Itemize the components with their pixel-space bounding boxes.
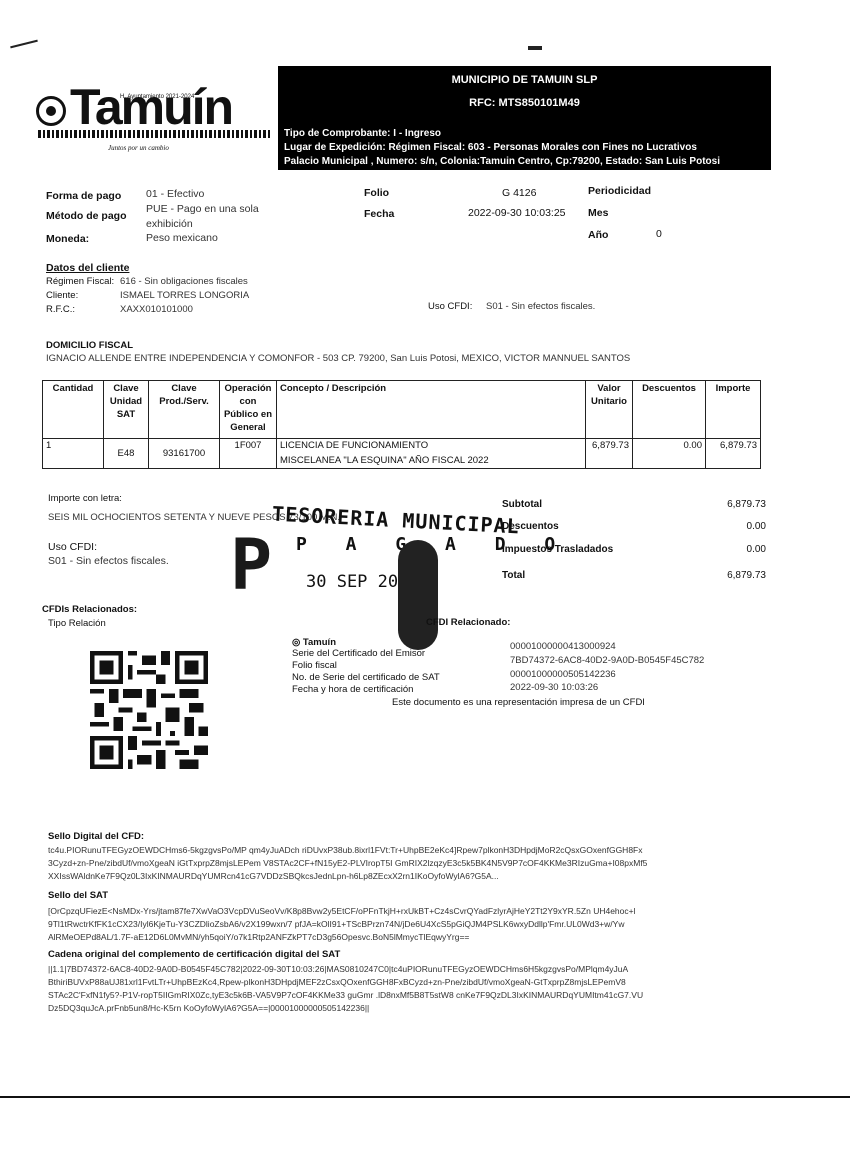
uso-cfdi-label: Uso CFDI:	[48, 541, 97, 553]
serie-sat-value: 00001000000505142236	[510, 669, 616, 680]
metodo-pago-value: PUE - Pago en una sola	[146, 203, 259, 215]
scan-artifact	[10, 40, 38, 49]
sello-cfd-label: Sello Digital del CFD:	[48, 830, 778, 843]
descripcion-line-2: MISCELANEA "LA ESQUINA" AÑO FISCAL 2022	[280, 455, 582, 466]
cell-clave-prod: 93161700	[149, 439, 220, 469]
stamp-big-o	[398, 540, 438, 650]
folio-label: Folio	[364, 187, 389, 199]
logo-wordmark: Tamuín	[70, 78, 232, 136]
cell-descuentos: 0.00	[633, 439, 706, 469]
anio-value: 0	[656, 228, 662, 240]
stamp-title: TESORERIA MUNICIPAL	[272, 502, 521, 539]
client-uso-cfdi-label: Uso CFDI:	[428, 301, 472, 312]
col-clave-unidad: Clave Unidad SAT	[104, 381, 149, 439]
client-section-label: Datos del cliente	[46, 262, 129, 274]
sello-sat-line: [OrCpzqUFiezE<NsMDx-Yrs/jtam87fe7XwVaO3V…	[48, 905, 778, 918]
cell-clave-unidad: E48	[104, 439, 149, 469]
client-rfc-label: R.F.C.:	[46, 304, 75, 315]
cfdi-note: Este documento es una representación imp…	[392, 697, 645, 708]
col-valor-unitario: Valor Unitario	[586, 381, 633, 439]
sello-sat-line: 9Tl1tRwctrKfFK1cCX23/Iyl6KjeTu-Y3CZDlioZ…	[48, 918, 778, 931]
client-rfc-value: XAXX010101000	[120, 304, 193, 315]
moneda-value: Peso mexicano	[146, 232, 218, 244]
qr-code	[90, 648, 208, 772]
anio-label: Año	[588, 229, 608, 241]
cell-cantidad: 1	[43, 439, 104, 469]
sello-cfd-line: tc4u.PIORunuTFEGyzOEWDCHms6-5kgzgvsPo/MP…	[48, 844, 778, 857]
cell-descripcion: LICENCIA DE FUNCIONAMIENTO MISCELANEA "L…	[277, 439, 586, 469]
issuer-name: MUNICIPIO DE TAMUIN SLP	[278, 74, 771, 86]
folio-value: G 4126	[502, 187, 536, 199]
issuer-rfc: RFC: MTS850101M49	[278, 97, 771, 109]
subtotal-value: 6,879.73	[727, 499, 766, 510]
sello-sat-label: Sello del SAT	[48, 889, 778, 902]
col-operacion: Operación con Público en General	[220, 381, 277, 439]
cadena-original-line: STAc2C'FxfN1fy5?-P1V-ropT5IIGmRIX0Zc,tyE…	[48, 989, 778, 1002]
tipo-relacion-label: Tipo Relación	[48, 618, 106, 629]
fecha-cert-label: Fecha y hora de certificación	[292, 684, 413, 695]
client-regimen-value: 616 - Sin obligaciones fiscales	[120, 276, 248, 287]
cadena-original-line: BthiriBUVxP88aUJ81xrl1FvtLTr+UhpBEzKc4,R…	[48, 976, 778, 989]
table-row: 1 E48 93161700 1F007 LICENCIA DE FUNCION…	[43, 439, 761, 469]
items-table: Cantidad Clave Unidad SAT Clave Prod./Se…	[42, 380, 761, 469]
logo-slogan: Juntos por un cambio	[108, 144, 169, 152]
metodo-pago-label: Método de pago	[46, 210, 127, 222]
serie-sat-label: No. de Serie del certificado de SAT	[292, 672, 440, 683]
descripcion-line-1: LICENCIA DE FUNCIONAMIENTO	[280, 440, 582, 451]
client-name-value: ISMAEL TORRES LONGORIA	[120, 290, 249, 301]
cadena-original-line: Dz5DQ3quJcA.prFnb5un8/Hc-K5rn KoOyfoWylA…	[48, 1002, 778, 1015]
tipo-comprobante: Tipo de Comprobante: I - Ingreso	[284, 128, 441, 139]
emblem-icon	[36, 96, 66, 126]
mes-label: Mes	[588, 207, 608, 219]
col-descuentos: Descuentos	[633, 381, 706, 439]
issuer-header: MUNICIPIO DE TAMUIN SLP RFC: MTS850101M4…	[278, 66, 771, 170]
cadena-original-line: ||1.1|7BD74372-6AC8-40D2-9A0D-B0545F45C7…	[48, 963, 778, 976]
cfdi-relacionado-label: CFDI Relacionado:	[426, 617, 510, 628]
periodicidad-label: Periodicidad	[588, 185, 651, 197]
sello-cfd-line: XXIssWAldnKe7F9Qz0L3IxKINMAURDqYUMRcn41c…	[48, 870, 778, 883]
col-importe: Importe	[706, 381, 761, 439]
folio-fiscal-value: 7BD74372-6AC8-40D2-9A0D-B0545F45C782	[510, 655, 704, 666]
issuer-address: Palacio Municipal , Numero: s/n, Colonia…	[284, 156, 720, 167]
cell-importe: 6,879.73	[706, 439, 761, 469]
serie-emisor-value: 00001000000413000924	[510, 641, 616, 652]
fecha-label: Fecha	[364, 208, 394, 220]
issuer-logo: H. Ayuntamiento 2021-2024 Tamuín Juntos …	[36, 84, 272, 164]
col-cantidad: Cantidad	[43, 381, 104, 439]
client-regimen-label: Régimen Fiscal:	[46, 276, 114, 287]
subtotal-label: Subtotal	[502, 499, 542, 510]
col-descripcion: Concepto / Descripción	[277, 381, 586, 439]
forma-pago-label: Forma de pago	[46, 190, 121, 202]
cadena-original-label: Cadena original del complemento de certi…	[48, 948, 778, 961]
lugar-expedicion: Lugar de Expedición: Régimen Fiscal: 603…	[284, 142, 697, 153]
descuentos-value: 0.00	[747, 521, 766, 532]
metodo-pago-value-cont: exhibición	[146, 218, 193, 230]
cell-valor-unitario: 6,879.73	[586, 439, 633, 469]
client-uso-cfdi-value: S01 - Sin efectos fiscales.	[486, 301, 595, 312]
scan-artifact	[528, 46, 542, 50]
sello-cfd-line: 3Cyzd+zn-Pne/zibdUf/vmoXgeaN iGtTxprpZ8m…	[48, 857, 778, 870]
client-name-label: Cliente:	[46, 290, 78, 301]
stamp-big-p: P	[230, 530, 272, 600]
moneda-label: Moneda:	[46, 233, 89, 245]
logo-pattern-band	[38, 130, 270, 138]
fecha-cert-value: 2022-09-30 10:03:26	[510, 682, 598, 693]
scan-edge-line	[0, 1096, 850, 1098]
items-header-row: Cantidad Clave Unidad SAT Clave Prod./Se…	[43, 381, 761, 439]
col-clave-prod: Clave Prod./Serv.	[149, 381, 220, 439]
total-label: Total	[502, 570, 525, 581]
related-label: CFDIs Relacionados:	[42, 604, 137, 615]
sello-sat-line: AlRMeOEPd8AL/1.7F-aE12D6L0MvMN/yh5qoiY/o…	[48, 931, 778, 944]
fecha-value: 2022-09-30 10:03:25	[468, 207, 566, 219]
amount-words-label: Importe con letra:	[48, 493, 122, 504]
folio-fiscal-label: Folio fiscal	[292, 660, 337, 671]
small-logo-stamp: ◎ Tamuín	[292, 637, 336, 648]
domicilio-value: IGNACIO ALLENDE ENTRE INDEPENDENCIA Y CO…	[46, 353, 630, 364]
total-value: 6,879.73	[727, 570, 766, 581]
uso-cfdi-value: S01 - Sin efectos fiscales.	[48, 555, 169, 567]
forma-pago-value: 01 - Efectivo	[146, 188, 204, 200]
impuestos-value: 0.00	[747, 544, 766, 555]
cell-operacion: 1F007	[220, 439, 277, 469]
domicilio-label: DOMICILIO FISCAL	[46, 340, 133, 351]
serie-emisor-label: Serie del Certificado del Emisor	[292, 648, 425, 659]
